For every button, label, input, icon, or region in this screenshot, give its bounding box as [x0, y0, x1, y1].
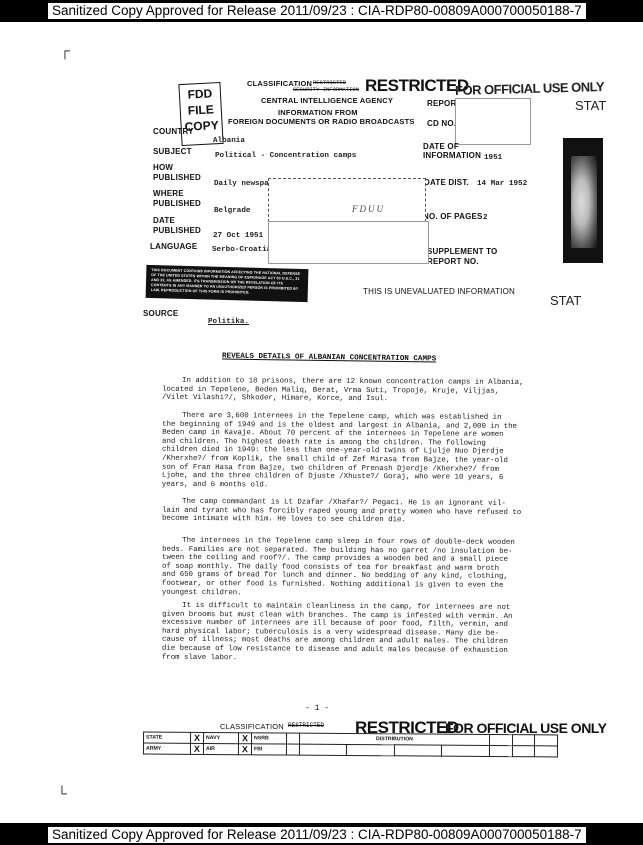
dist-cell: NSRB	[252, 733, 287, 744]
restricted-stamp-top: RESTRICTED	[365, 76, 469, 96]
date-published-value: 27 Oct 1951	[213, 232, 263, 240]
checkmark-x-icon: X	[191, 732, 204, 743]
subject-value: Political - Concentration camps	[215, 152, 356, 160]
where-published-value: Belgrade	[214, 207, 250, 215]
date-published-label-1: DATE	[153, 216, 175, 226]
dist-cell	[489, 734, 512, 745]
language-label: LANGUAGE	[150, 242, 197, 252]
how-published-label-2: PUBLISHED	[153, 173, 201, 183]
source-type-label: FOREIGN DOCUMENTS OR RADIO BROADCASTS	[228, 117, 415, 127]
language-value: Serbo-Croatian	[212, 246, 276, 254]
cd-no-label: CD NO.	[427, 119, 456, 129]
date-of-info-value: 1951	[484, 154, 502, 162]
country-label: COUNTRY	[153, 127, 194, 137]
corner-mark-icon: ┌	[60, 42, 70, 58]
classification-struck: RESTRICTED	[313, 79, 346, 86]
checkmark-x-icon: X	[238, 744, 251, 755]
agency-name: CENTRAL INTELLIGENCE AGENCY	[261, 96, 393, 106]
redacted-middle-box	[268, 221, 429, 264]
supplement-label-1: SUPPLEMENT TO	[427, 247, 497, 257]
source-value: Politika.	[208, 318, 249, 326]
distribution-table: STATE X NAVY X NSRB DISTRIBUTION ARMY X …	[143, 732, 558, 758]
release-banner-text: Sanitized Copy Approved for Release 2011…	[48, 3, 586, 19]
dist-cell	[512, 746, 535, 757]
dist-cell: STATE	[144, 732, 191, 743]
article-paragraph-1: In addition to 18 prisons, there are 12 …	[162, 377, 560, 405]
release-banner-top: Sanitized Copy Approved for Release 2011…	[0, 0, 643, 22]
date-published-label-2: PUBLISHED	[153, 226, 201, 236]
footer-classification-label: CLASSIFICATION	[220, 722, 284, 732]
page-number: - 1 -	[305, 704, 329, 713]
dist-cell: AIR	[203, 743, 238, 754]
dist-cell: FBI	[251, 744, 286, 755]
article-paragraph-5: It is difficult to maintain cleanliness …	[162, 602, 560, 665]
dist-cell	[489, 745, 512, 756]
no-of-pages-label: NO. OF PAGES	[423, 212, 483, 222]
date-dist-label: DATE DIST.	[424, 178, 469, 188]
distribution-row: ARMY X AIR X FBI	[143, 743, 557, 757]
unevaluated-label: THIS IS UNEVALUATED INFORMATION	[363, 287, 515, 297]
supplement-label-2: REPORT NO.	[427, 257, 479, 267]
article-paragraph-2: There are 3,600 internees in the Tepelen…	[162, 412, 560, 492]
handwritten-note: FDUU	[352, 204, 385, 214]
redacted-routing-box	[268, 178, 426, 222]
stat-label-top: STAT	[575, 98, 606, 113]
release-banner-bottom: Sanitized Copy Approved for Release 2011…	[0, 823, 643, 845]
dist-cell	[394, 745, 442, 756]
dist-cell	[512, 735, 535, 746]
dist-cell	[347, 744, 395, 755]
article-paragraph-3: The camp commandant is Lt Dzafar /Xhafar…	[162, 498, 560, 526]
dist-cell	[535, 746, 558, 757]
where-published-label-1: WHERE	[153, 189, 184, 199]
official-use-stamp-top: FOR OFFICIAL USE ONLY	[455, 79, 604, 98]
source-label: SOURCE	[143, 309, 178, 319]
espionage-warning-box: This document contains information affec…	[146, 265, 309, 302]
dist-cell	[535, 735, 558, 746]
article-title: REVEALS DETAILS OF ALBANIAN CONCENTRATIO…	[222, 353, 436, 364]
where-published-label-2: PUBLISHED	[153, 199, 201, 209]
subject-label: SUBJECT	[153, 147, 192, 157]
checkmark-x-icon: X	[239, 733, 252, 744]
article-paragraph-4: The internees in the Tepelene camp sleep…	[162, 537, 560, 600]
footer-classification-struck: RESTRICTED	[288, 722, 324, 729]
release-banner-text: Sanitized Copy Approved for Release 2011…	[48, 827, 586, 843]
security-info-struck: SECURITY INFORMATION	[293, 86, 359, 93]
redacted-image	[563, 138, 603, 263]
dist-cell	[442, 745, 490, 756]
no-of-pages-value: 2	[483, 214, 488, 222]
redacted-report-box	[455, 98, 531, 145]
dist-cell: NAVY	[204, 732, 239, 743]
dist-cell	[286, 744, 299, 755]
checkmark-x-icon: X	[190, 743, 203, 754]
dist-cell	[287, 733, 300, 744]
date-dist-value: 14 Mar 1952	[477, 180, 527, 188]
date-of-info-label-2: INFORMATION	[423, 151, 481, 161]
dist-cell: ARMY	[143, 743, 190, 754]
stat-label-bottom: STAT	[550, 293, 581, 308]
espionage-warning-text: This document contains information affec…	[151, 268, 304, 297]
corner-mark-bottom-icon: └	[57, 785, 67, 801]
how-published-label-1: HOW	[153, 163, 173, 173]
dist-cell	[299, 744, 347, 755]
country-value: Albania	[213, 137, 245, 145]
